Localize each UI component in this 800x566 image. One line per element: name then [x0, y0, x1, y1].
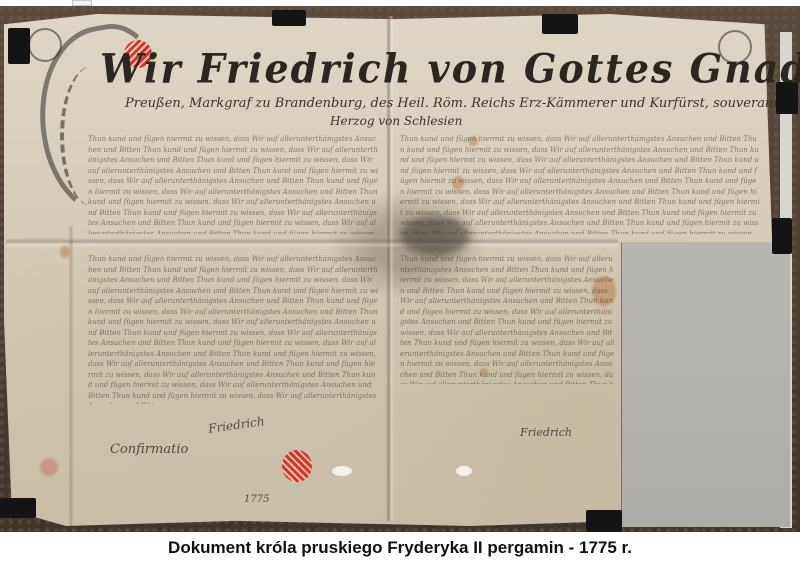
text-block-lower-right: Thun kund und fügen hiermit zu wissen, d… [400, 254, 615, 384]
text-block-upper-right: Thun kund und fügen hiermit zu wissen, d… [400, 134, 760, 234]
document-subheading-line2: Herzog von Schlesien [330, 114, 462, 128]
binder-clip-right-top [776, 82, 798, 114]
text-block-lower-left: Thun kund und fügen hiermit zu wissen, d… [88, 254, 378, 404]
countersignature: Confirmatio [110, 442, 188, 457]
parchment-hole [456, 466, 472, 476]
text-block-upper-left: Thun kund und fügen hiermit zu wissen, d… [88, 134, 378, 234]
binder-clip-left-top [8, 28, 30, 64]
gray-backing-sheet [622, 242, 790, 527]
left-fold [68, 226, 74, 526]
tax-stamp-left [28, 28, 62, 62]
binder-clip-bottom-right [586, 510, 622, 532]
binder-clip-bottom-left [0, 498, 36, 518]
binder-clip-top-left [272, 10, 306, 26]
binder-clip-top-right [542, 14, 578, 34]
image-caption: Dokument króla pruskiego Fryderyka II pe… [0, 538, 800, 558]
document-heading: Wir Friedrich von Gottes Gnaden König vo… [100, 45, 800, 92]
red-stain [40, 458, 58, 476]
year-mark: 1775 [244, 494, 269, 505]
red-wax-seal-bottom [282, 450, 312, 482]
document-photograph: Wir Friedrich von Gottes Gnaden König vo… [0, 6, 800, 532]
rust-stain [60, 246, 70, 258]
document-subheading: Preußen, Markgraf zu Brandenburg, des He… [125, 96, 800, 111]
royal-signature: Friedrich [520, 426, 572, 439]
binder-clip-right-middle [772, 218, 792, 254]
parchment-hole [332, 466, 352, 476]
horizontal-fold [6, 238, 618, 248]
